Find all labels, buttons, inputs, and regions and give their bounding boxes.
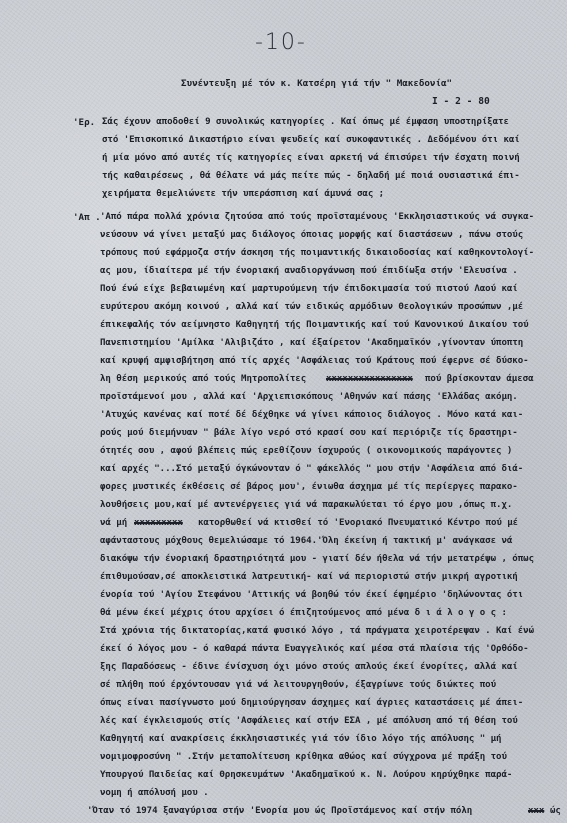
answer-line: ένορία τού 'Αγίου Στεφάνου 'Αττικής νά β… (100, 590, 523, 600)
page-number: -10- (255, 30, 307, 55)
question-label: 'Ερ. (73, 117, 95, 128)
answer-line: τρόπους πού εφάρμοζα στήν άσκηση τής ποι… (100, 248, 534, 258)
answer-line: Υπουργού Παιδείας καί Θρησκευμάτων 'Ακαδ… (100, 770, 512, 780)
answer-line: ας μου, ίδιαίτερα μέ τήν ένοριακή αναδιο… (100, 266, 518, 276)
answer-line: 'Ατυχώς κανένας καί ποτέ δέ δέχθηκε νά γ… (100, 410, 523, 420)
answer-line: Πού ένώ είχε βεβαιωμένη καί μαρτυρούμενη… (100, 284, 518, 294)
document-date: I - 2 - 80 (432, 96, 490, 107)
answer-line: νομιμοφροσύνη " .Στήν μεταπολίτευση κρίθ… (100, 752, 507, 762)
answer-line: φορες μυστικές έκθέσεις σέ βάρος μου', έ… (100, 482, 518, 492)
document-title: Συνέντευξη μέ τόν κ. Κατσέρη γιά τήν " Μ… (181, 78, 452, 89)
answer-line: πού βρίσκονταν άμεσα (425, 374, 534, 384)
answer-line: νά μή (100, 518, 127, 528)
answer-line: Στά χρόνια τής δικτατορίας,κατά φυσικό λ… (100, 626, 534, 636)
answer-line: ώς (550, 806, 561, 816)
answer-line: καί κρυφή αμφισβήτηση από τίς αρχές 'Ασφ… (100, 356, 529, 366)
answer-line: λές καί έγκλεισμούς στίς 'Ασφάλειες καί … (100, 716, 518, 726)
answer-line: νομη ή απόλυσή μου . (100, 788, 209, 798)
answer-line: λη θέση μερικούς από τούς Μητροπολίτες (100, 374, 306, 384)
answer-line: θά μένω έκεί μέχρις ότου αρχίσει ό έπιζη… (100, 608, 507, 618)
answer-line: έκεί ό λόγος μου - ό καθαρά πάντα Ευαγγε… (100, 644, 529, 654)
question-line: στό 'Επισκοπικό Δικαστήριο είναι ψευδείς… (102, 135, 520, 145)
answer-line: σέ πλήθη πού έρχόντουσαν γιά νά λειτουργ… (100, 680, 496, 690)
answer-line: ρούς μού διεμήνυαν " βάλε λίγο νερό στό … (100, 428, 518, 438)
answer-line: 'Όταν τό 1974 ξαναγύρισα στήν 'Ενορία μο… (87, 806, 472, 816)
answer-line: έπιθυμούσαν,σέ αποκλειστικά λατρευτική- … (100, 572, 518, 582)
answer-line: έπικεφαλής τόν αείμνηστο Καθηγητή τής Πο… (100, 320, 529, 330)
answer-line: Πανεπιστημίου 'Αμίλκα 'Αλιβιζάτο , καί έ… (100, 338, 523, 348)
answer-line: νεύσουν νά γίνει μεταξύ μας διάλογος όπο… (100, 230, 523, 240)
answer-line: όπως είναι πασίγνωστο μού δημιούργησαν ά… (100, 698, 523, 708)
struck-out-text: xxxxxxxxxxxxxxxx (326, 374, 413, 384)
question-line: χειρήματα θεμελιώνετε τήν υπεράσπιση καί… (102, 189, 384, 199)
answer-line: λουθήσεις μου,καί μέ αντενέργειες γιά νά… (100, 500, 512, 510)
answer-line: Καθηγητή καί ανακρίσεις έκκλησιαστικές γ… (100, 734, 501, 744)
answer-line: ότητές σου , αφού βλέπεις πώς ερεθίζουν … (100, 446, 512, 456)
struck-out-text: xxx (528, 806, 544, 816)
answer-line: προϊστάμενοί μου , αλλά καί 'Αρχιεπισκόπ… (100, 392, 518, 402)
question-line: ή μία μόνο από αυτές τίς κατηγορίες είνα… (102, 153, 520, 163)
question-line: Σάς έχουν αποδοθεί 9 συνολικώς κατηγορίε… (102, 117, 509, 127)
answer-line: κατορθωθεί νά κτισθεί τό 'Ενοριακό Πνευμ… (198, 518, 518, 528)
answer-line: καί αρχές "...Στό μεταξύ όγκώνονταν ό " … (100, 464, 523, 474)
answer-line: 'Από πάρα πολλά χρόνια ζητούσα από τούς … (100, 212, 534, 222)
answer-line: διακόψω τήν ένοριακή δραστηριότητά μου -… (100, 554, 534, 564)
struck-out-text: xxxxxxxxx (134, 518, 183, 528)
answer-line: ξης Παραδόσεως - έδινε ένίσχυση όχι μόνο… (100, 662, 518, 672)
document-page: -10- Συνέντευξη μέ τόν κ. Κατσέρη γιά τή… (0, 0, 567, 823)
answer-label: 'Απ . (73, 212, 101, 223)
answer-line: αφάνταστους μόχθους θεμελιώσαμε τό 1964.… (100, 536, 512, 546)
answer-line: ευρύτερου ακόμη κοινού , αλλά καί τών ει… (100, 302, 523, 312)
question-line: τής καθαιρέσεως , θά θέλατε νά μάς πείτε… (102, 171, 520, 181)
